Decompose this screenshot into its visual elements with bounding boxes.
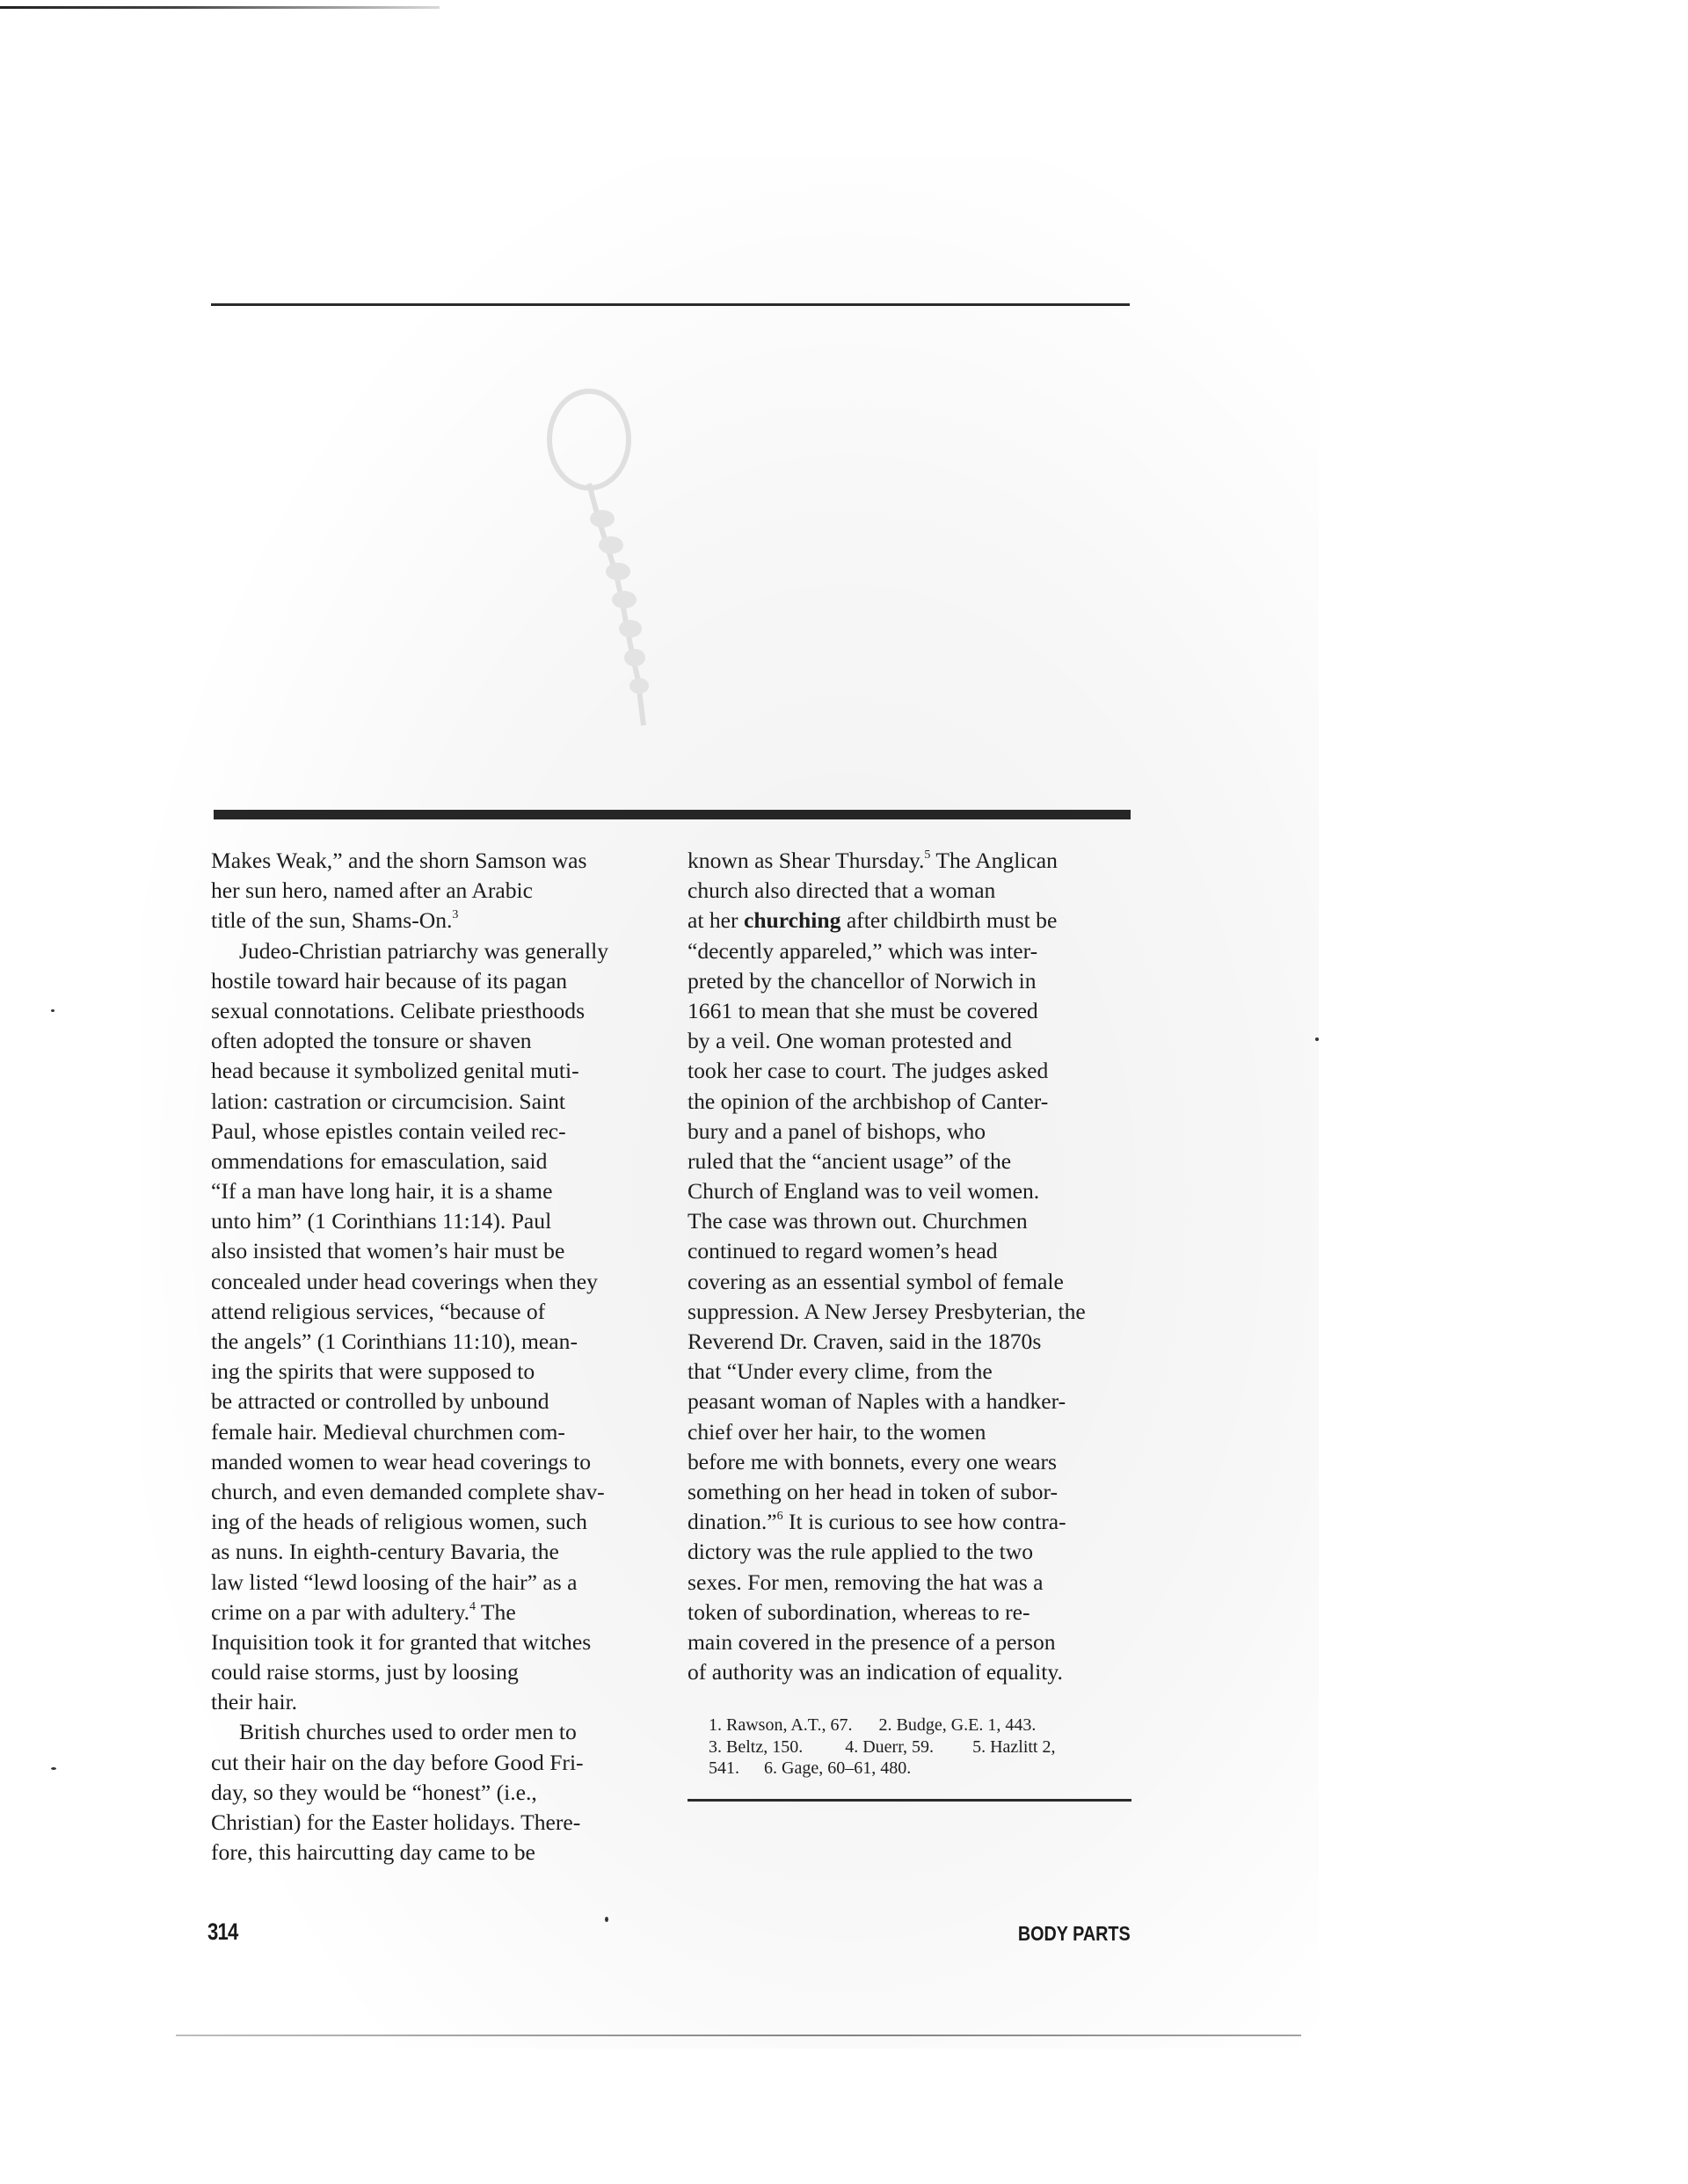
footnotes-rule <box>688 1799 1131 1802</box>
text-line: be attracted or controlled by unbound <box>211 1387 668 1416</box>
text-line: peasant woman of Naples with a handker- <box>688 1387 1145 1416</box>
text-line: title of the sun, Shams-On.3 <box>211 906 668 935</box>
text-line: The case was thrown out. Churchmen <box>688 1206 1145 1236</box>
text-line: often adopted the tonsure or shaven <box>211 1026 668 1056</box>
footnote-line: 541.6. Gage, 60–61, 480. <box>709 1758 1139 1780</box>
text-line: at her churching after childbirth must b… <box>688 906 1145 935</box>
scan-edge-line-bottom <box>176 2035 1301 2036</box>
text-line: head because it symbolized genital muti- <box>211 1056 668 1086</box>
text-line: the opinion of the archbishop of Canter- <box>688 1087 1145 1117</box>
footnote-5-cont: 541. <box>709 1758 739 1778</box>
scan-speck <box>51 1767 56 1770</box>
text-line: day, so they would be “honest” (i.e., <box>211 1778 668 1808</box>
text-line: bury and a panel of bishops, who <box>688 1117 1145 1147</box>
text-line: Judeo-Christian patriarchy was generally <box>211 936 668 966</box>
text-line: the angels” (1 Corinthians 11:10), mean- <box>211 1327 668 1357</box>
text-line: as nuns. In eighth-century Bavaria, the <box>211 1537 668 1567</box>
text-line: cut their hair on the day before Good Fr… <box>211 1748 668 1778</box>
text-line: main covered in the presence of a person <box>688 1627 1145 1657</box>
text-line: “decently appareled,” which was inter- <box>688 936 1145 966</box>
text-line: something on her head in token of subor- <box>688 1477 1145 1507</box>
scan-edge-line-top <box>0 6 440 9</box>
text-line: their hair. <box>211 1687 668 1717</box>
footnote-6: 6. Gage, 60–61, 480. <box>764 1758 911 1778</box>
text-line: Christian) for the Easter holidays. Ther… <box>211 1808 668 1838</box>
text-line: ruled that the “ancient usage” of the <box>688 1147 1145 1176</box>
text-line: female hair. Medieval churchmen com- <box>211 1417 668 1447</box>
text-line: Paul, whose epistles contain veiled rec- <box>211 1117 668 1147</box>
footnote-1: 1. Rawson, A.T., 67. <box>709 1715 853 1735</box>
braid-icon <box>527 369 703 739</box>
footnote-3: 3. Beltz, 150. <box>709 1737 803 1757</box>
top-rule <box>211 303 1130 306</box>
text-line: church also directed that a woman <box>688 876 1145 906</box>
text-line: Reverend Dr. Craven, said in the 1870s <box>688 1327 1145 1357</box>
text-line: hostile toward hair because of its pagan <box>211 966 668 996</box>
text-line: ommendations for emasculation, said <box>211 1147 668 1176</box>
text-line: sexes. For men, removing the hat was a <box>688 1568 1145 1598</box>
text-line: British churches used to order men to <box>211 1717 668 1747</box>
text-line: of authority was an indication of equali… <box>688 1657 1145 1687</box>
text-line: crime on a par with adultery.4 The <box>211 1598 668 1627</box>
text-line: took her case to court. The judges asked <box>688 1056 1145 1086</box>
text-line: ing of the heads of religious women, suc… <box>211 1507 668 1537</box>
text-line: by a veil. One woman protested and <box>688 1026 1145 1056</box>
text-line: covering as an essential symbol of femal… <box>688 1267 1145 1297</box>
footnote-ref-6: 6 <box>777 1510 783 1523</box>
text-line: also insisted that women’s hair must be <box>211 1236 668 1266</box>
text-line: manded women to wear head coverings to <box>211 1447 668 1477</box>
text-line: continued to regard women’s head <box>688 1236 1145 1266</box>
text-line: concealed under head coverings when they <box>211 1267 668 1297</box>
footnote-5: 5. Hazlitt 2, <box>972 1737 1055 1757</box>
text-line: “If a man have long hair, it is a shame <box>211 1176 668 1206</box>
running-head: BODY PARTS <box>1018 1922 1131 1946</box>
text-line: unto him” (1 Corinthians 11:14). Paul <box>211 1206 668 1236</box>
text-line: could raise storms, just by loosing <box>211 1657 668 1687</box>
scan-speck <box>605 1917 608 1922</box>
text-line: 1661 to mean that she must be covered <box>688 996 1145 1026</box>
text-line: Church of England was to veil women. <box>688 1176 1145 1206</box>
text-line: attend religious services, “because of <box>211 1297 668 1327</box>
text-line: dination.”6 It is curious to see how con… <box>688 1507 1145 1537</box>
text-line: Inquisition took it for granted that wit… <box>211 1627 668 1657</box>
footnote-ref-3: 3 <box>452 908 458 921</box>
text-line: token of subordination, whereas to re- <box>688 1598 1145 1627</box>
footnote-line: 1. Rawson, A.T., 67.2. Budge, G.E. 1, 44… <box>709 1714 1139 1736</box>
footnote-2: 2. Budge, G.E. 1, 443. <box>879 1715 1037 1735</box>
text-line: lation: castration or circumcision. Sain… <box>211 1087 668 1117</box>
footnote-4: 4. Duerr, 59. <box>845 1737 934 1757</box>
text-line: Makes Weak,” and the shorn Samson was <box>211 846 668 876</box>
footnote-line: 3. Beltz, 150.4. Duerr, 59.5. Hazlitt 2, <box>709 1736 1139 1758</box>
text-line: sexual connotations. Celibate priesthood… <box>211 996 668 1026</box>
footnote-ref-4: 4 <box>469 1600 476 1613</box>
text-line: known as Shear Thursday.5 The Anglican <box>688 846 1145 876</box>
text-line: church, and even demanded complete shav- <box>211 1477 668 1507</box>
text-line: ing the spirits that were supposed to <box>211 1357 668 1387</box>
text-line: before me with bonnets, every one wears <box>688 1447 1145 1477</box>
text-line: her sun hero, named after an Arabic <box>211 876 668 906</box>
glossary-term: churching <box>744 907 840 933</box>
braid-illustration <box>527 369 703 739</box>
text-line: that “Under every clime, from the <box>688 1357 1145 1387</box>
scan-speck <box>51 1009 55 1012</box>
scan-speck <box>1315 1037 1319 1041</box>
text-line: suppression. A New Jersey Presbyterian, … <box>688 1297 1145 1327</box>
right-column: known as Shear Thursday.5 The Anglican c… <box>688 846 1145 1687</box>
text-line: chief over her hair, to the women <box>688 1417 1145 1447</box>
section-rule <box>214 810 1131 819</box>
text-line: fore, this haircutting day came to be <box>211 1838 668 1867</box>
text-line: dictory was the rule applied to the two <box>688 1537 1145 1567</box>
footnotes: 1. Rawson, A.T., 67.2. Budge, G.E. 1, 44… <box>709 1714 1139 1780</box>
page-number: 314 <box>207 1918 237 1946</box>
left-column: Makes Weak,” and the shorn Samson was he… <box>211 846 668 1867</box>
text-line: law listed “lewd loosing of the hair” as… <box>211 1568 668 1598</box>
text-line: preted by the chancellor of Norwich in <box>688 966 1145 996</box>
